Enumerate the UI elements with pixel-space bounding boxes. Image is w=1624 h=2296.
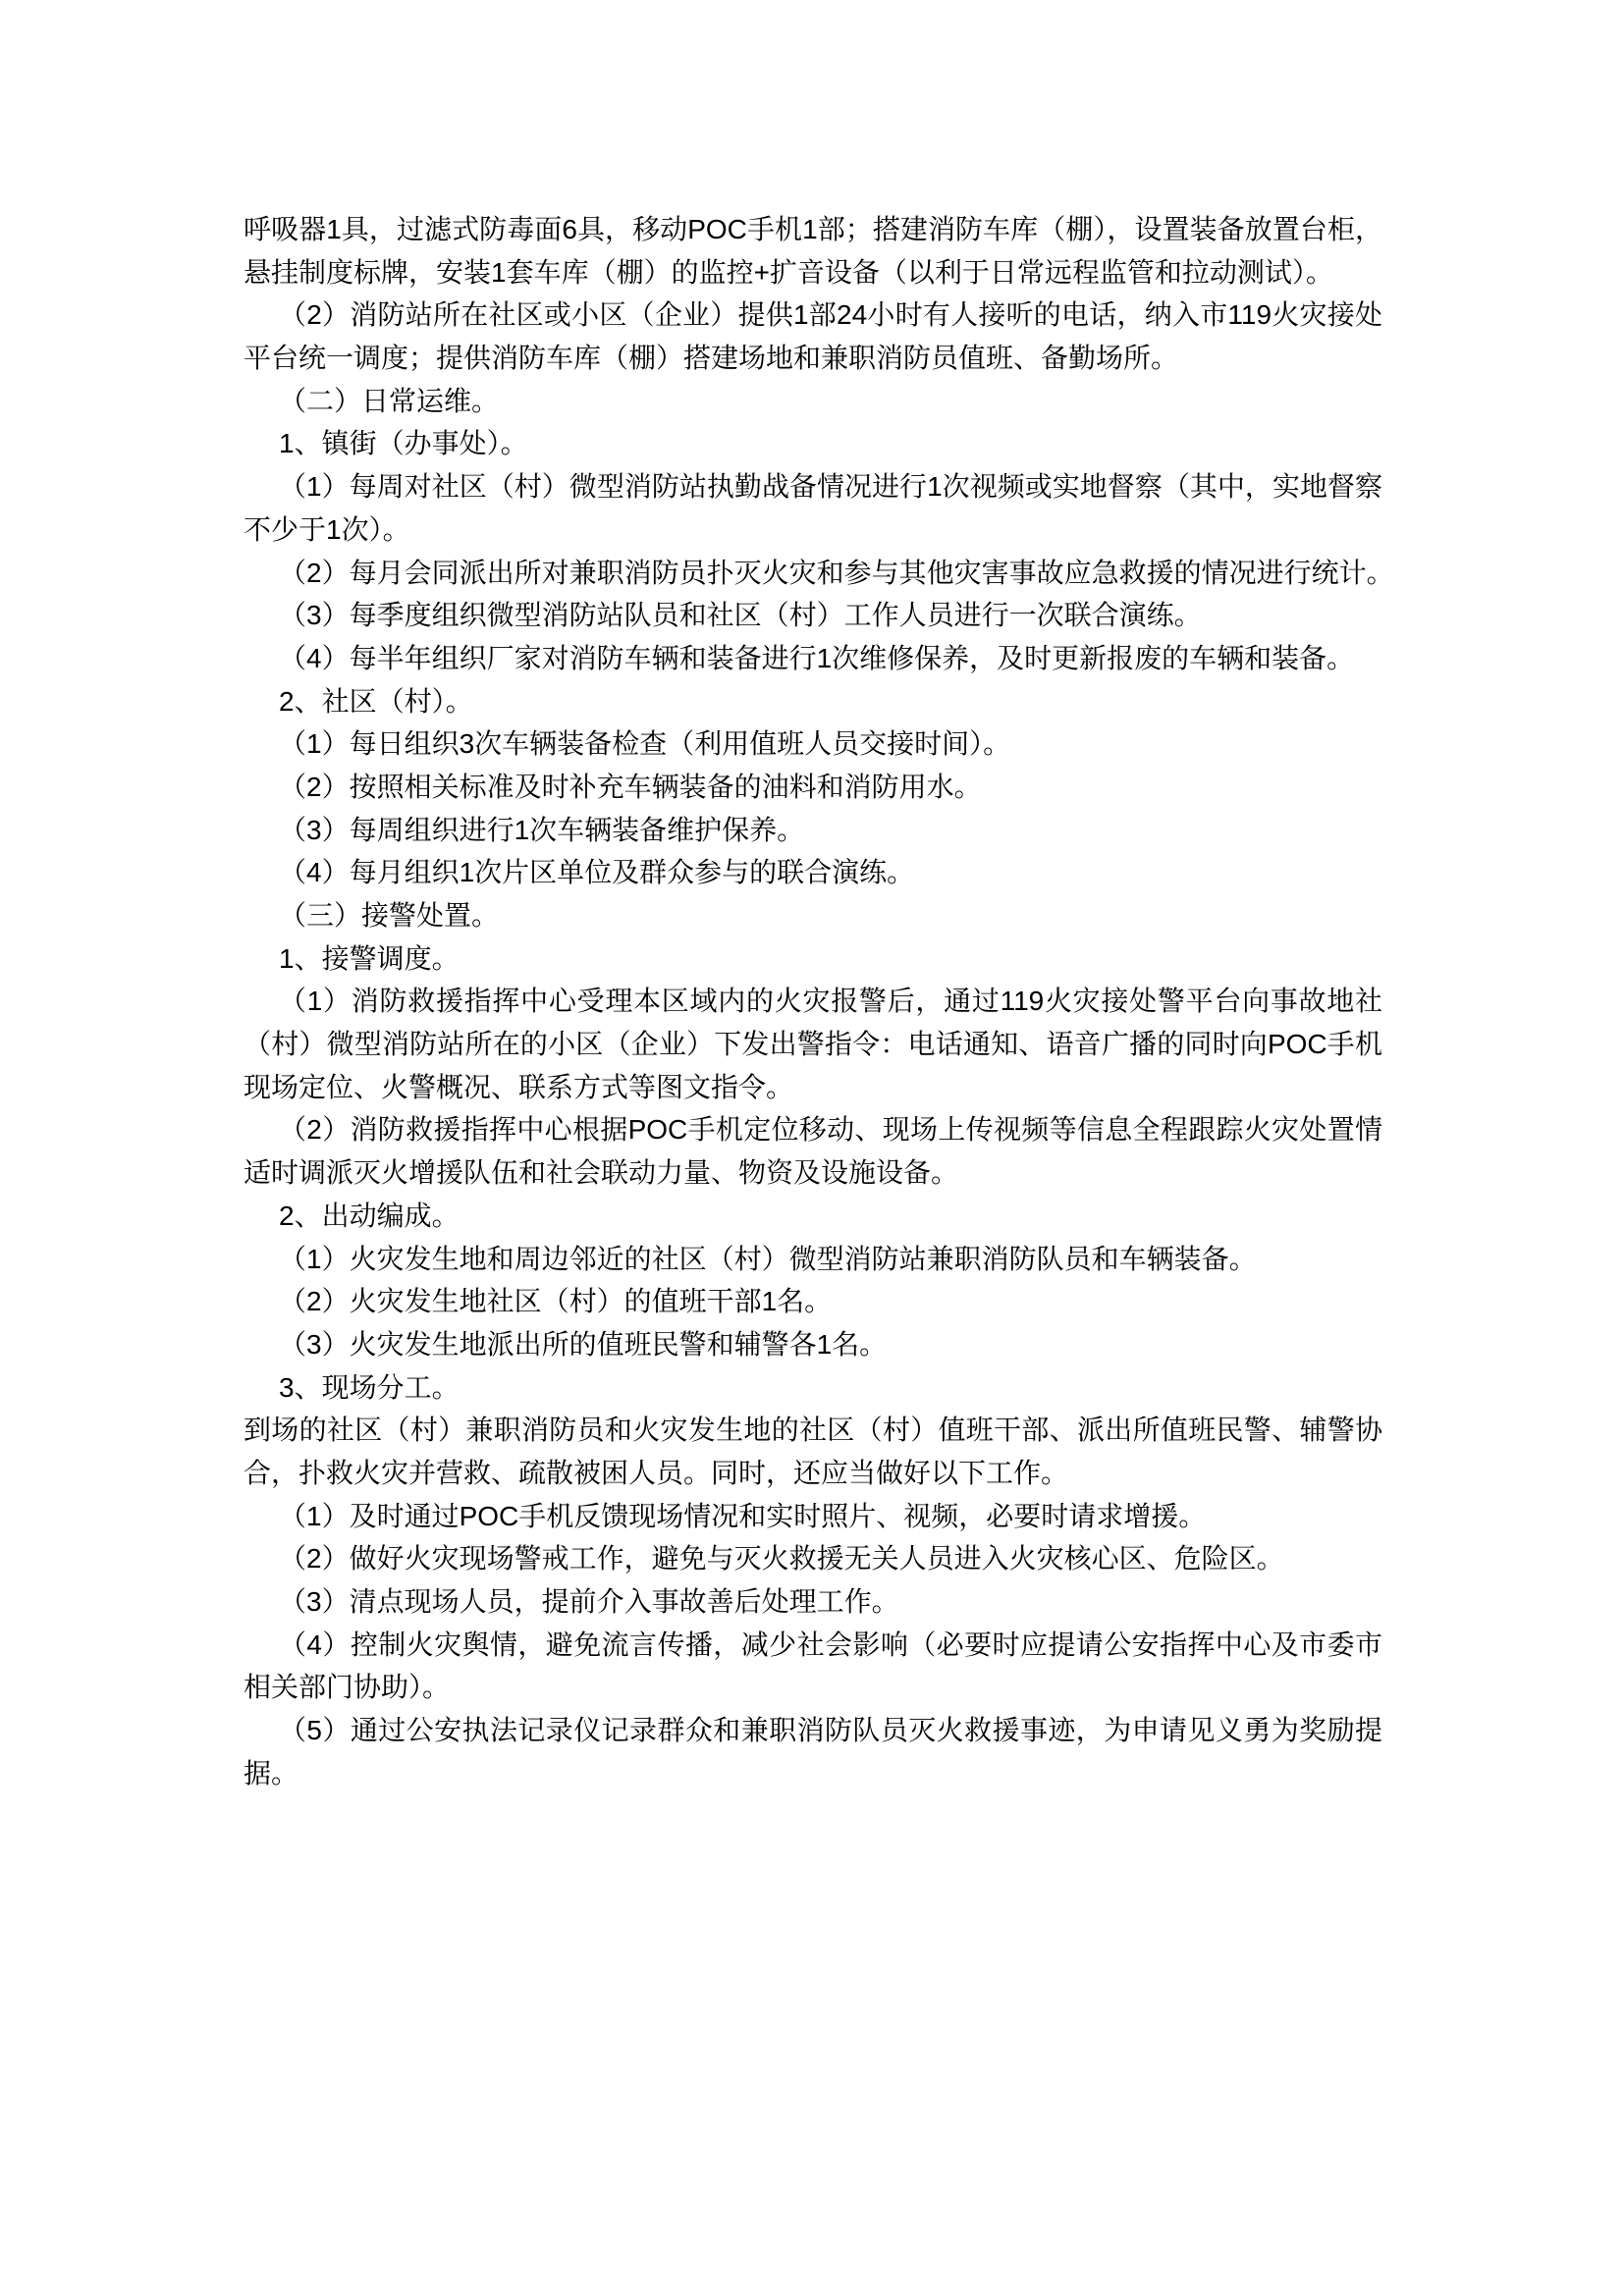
text-line: （3）清点现场人员，提前介入事故善后处理工作。 [244,1580,1382,1624]
text-line: 合，扑救火灾并营救、疏散被困人员。同时，还应当做好以下工作。 [244,1452,1382,1495]
text-line: 悬挂制度标牌，安装1套车库（棚）的监控+扩音设备（以利于日常远程监管和拉动测试）… [244,251,1382,294]
text-line: 2、出动编成。 [244,1195,1382,1238]
text-line: （2）每月会同派出所对兼职消防员扑灭火灾和参与其他灾害事故应急救援的情况进行统计… [244,552,1382,595]
text-line: 不少于1次）。 [244,508,1382,552]
document-page: 呼吸器1具，过滤式防毒面6具，移动POC手机1部；搭建消防车库（棚），设置装备放… [0,0,1624,2296]
text-line: （1）每周对社区（村）微型消防站执勤战备情况进行1次视频或实地督察（其中，实地督… [244,465,1382,508]
text-line: （三）接警处置。 [244,894,1382,937]
text-line: （2）消防站所在社区或小区（企业）提供1部24小时有人接听的电话，纳入市119火… [244,294,1382,337]
text-line: 3、现场分工。 [244,1366,1382,1410]
text-line: 1、接警调度。 [244,937,1382,981]
text-line: （3）每周组织进行1次车辆装备维护保养。 [244,809,1382,852]
document-body: 呼吸器1具，过滤式防毒面6具，移动POC手机1部；搭建消防车库（棚），设置装备放… [244,208,1382,1794]
text-line: 适时调派灭火增援队伍和社会联动力量、物资及设施设备。 [244,1151,1382,1195]
text-line: 到场的社区（村）兼职消防员和火灾发生地的社区（村）值班干部、派出所值班民警、辅警… [244,1409,1382,1452]
text-line: （2）消防救援指挥中心根据POC手机定位移动、现场上传视频等信息全程跟踪火灾处置… [244,1108,1382,1151]
text-line: （4）每月组织1次片区单位及群众参与的联合演练。 [244,851,1382,894]
text-line: （1）每日组织3次车辆装备检查（利用值班人员交接时间）。 [244,722,1382,766]
text-line: （二）日常运维。 [244,380,1382,423]
text-line: （1）及时通过POC手机反馈现场情况和实时照片、视频，必要时请求增援。 [244,1495,1382,1538]
text-line: （1）火灾发生地和周边邻近的社区（村）微型消防站兼职消防队员和车辆装备。 [244,1238,1382,1281]
text-line: （2）做好火灾现场警戒工作，避免与灭火救援无关人员进入火灾核心区、危险区。 [244,1537,1382,1580]
text-line: （2）按照相关标准及时补充车辆装备的油料和消防用水。 [244,766,1382,809]
text-line: （4）控制火灾舆情，避免流言传播，减少社会影响（必要时应提请公安指挥中心及市委市… [244,1624,1382,1667]
text-line: （4）每半年组织厂家对消防车辆和装备进行1次维修保养，及时更新报废的车辆和装备。 [244,637,1382,680]
text-line: （村）微型消防站所在的小区（企业）下发出警指令：电话通知、语音广播的同时向POC… [244,1023,1382,1066]
text-line: （3）每季度组织微型消防站队员和社区（村）工作人员进行一次联合演练。 [244,594,1382,637]
text-line: 现场定位、火警概况、联系方式等图文指令。 [244,1066,1382,1109]
text-line: 据。 [244,1752,1382,1795]
text-line: （2）火灾发生地社区（村）的值班干部1名。 [244,1280,1382,1323]
text-line: 1、镇街（办事处）。 [244,422,1382,465]
text-line: （3）火灾发生地派出所的值班民警和辅警各1名。 [244,1323,1382,1366]
text-line: 呼吸器1具，过滤式防毒面6具，移动POC手机1部；搭建消防车库（棚），设置装备放… [244,208,1382,251]
text-line: （1）消防救援指挥中心受理本区域内的火灾报警后，通过119火灾接处警平台向事故地… [244,980,1382,1023]
text-line: （5）通过公安执法记录仪记录群众和兼职消防队员灭火救援事迹，为申请见义勇为奖励提… [244,1709,1382,1752]
text-line: 2、社区（村）。 [244,680,1382,723]
text-line: 平台统一调度；提供消防车库（棚）搭建场地和兼职消防员值班、备勤场所。 [244,337,1382,380]
text-line: 相关部门协助）。 [244,1666,1382,1709]
